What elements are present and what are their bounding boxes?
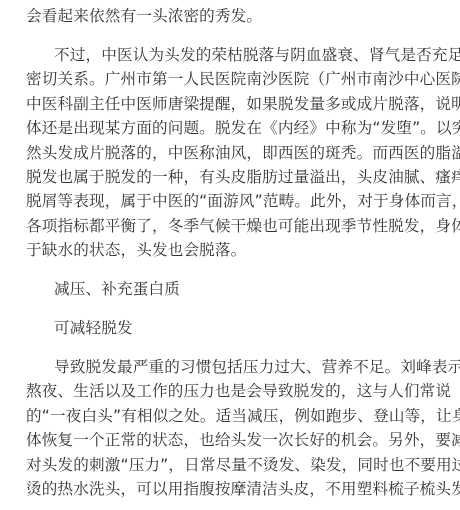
article-body: 会看起来依然有一头浓密的秀发。 不过，中医认为头发的荣枯脱落与阴血盛衰、肾气是否… xyxy=(26,4,444,510)
text-line: 然头发成片脱落的，中医称油风，即西医的斑秃。而西医的脂溢性 xyxy=(26,141,444,165)
paragraph-tcm-view: 不过，中医认为头发的荣枯脱落与阴血盛衰、肾气是否充足有 密切关系。广州市第一人民… xyxy=(26,43,444,263)
heading-text: 可减轻脱发 xyxy=(26,316,444,340)
text-line: 密切关系。广州市第一人民医院南沙医院（广州市南沙中心医院） xyxy=(26,67,444,91)
heading-text: 减压、补充蛋白质 xyxy=(26,277,444,301)
text-line: 中医科副主任中医师唐梁提醒，如果脱发量多或成片脱落，说明身 xyxy=(26,92,444,116)
paragraph-intro-end: 会看起来依然有一头浓密的秀发。 xyxy=(26,4,444,28)
text-line: 的“一夜白头”有相似之处。适当减压，例如跑步、登山等，让身 xyxy=(26,404,444,428)
text-line: 脱屑等表现，属于中医的“面游风”范畴。此外，对于身体而言， xyxy=(26,189,444,213)
text-line: 各项指标都平衡了，冬季气候干燥也可能出现季节性脱发，身体处 xyxy=(26,214,444,238)
section-heading-line-2: 可减轻脱发 xyxy=(26,316,444,340)
paragraph-stress-advice: 导致脱发最严重的习惯包括压力过大、营养不足。刘峰表示， 熬夜、生活以及工作的压力… xyxy=(26,355,444,501)
text-line: 对头发的刺激“压力”，日常尽量不烫发、染发，同时也不要用过 xyxy=(26,453,444,477)
text-line: 不过，中医认为头发的荣枯脱落与阴血盛衰、肾气是否充足有 xyxy=(26,43,444,67)
section-heading-line-1: 减压、补充蛋白质 xyxy=(26,277,444,301)
text-line: 会看起来依然有一头浓密的秀发。 xyxy=(26,4,444,28)
text-line: 导致脱发最严重的习惯包括压力过大、营养不足。刘峰表示， xyxy=(26,355,444,379)
text-line: 体还是出现某方面的问题。脱发在《内经》中称为“发堕”。以突 xyxy=(26,116,444,140)
text-line: 熬夜、生活以及工作的压力也是会导致脱发的，这与人们常说 xyxy=(26,379,444,403)
text-line: 于缺水的状态，头发也会脱落。 xyxy=(26,238,444,262)
text-line: 体恢复一个正常的状态，也给头发一次长好的机会。另外，要减少 xyxy=(26,428,444,452)
text-line: 脱发也属于脱发的一种，有头皮脂肪过量溢出，头皮油腻、瘙痒、 xyxy=(26,165,444,189)
text-line: 烫的热水洗头，可以用指腹按摩清洁头皮，不用塑料梳子梳头发， xyxy=(26,477,444,501)
